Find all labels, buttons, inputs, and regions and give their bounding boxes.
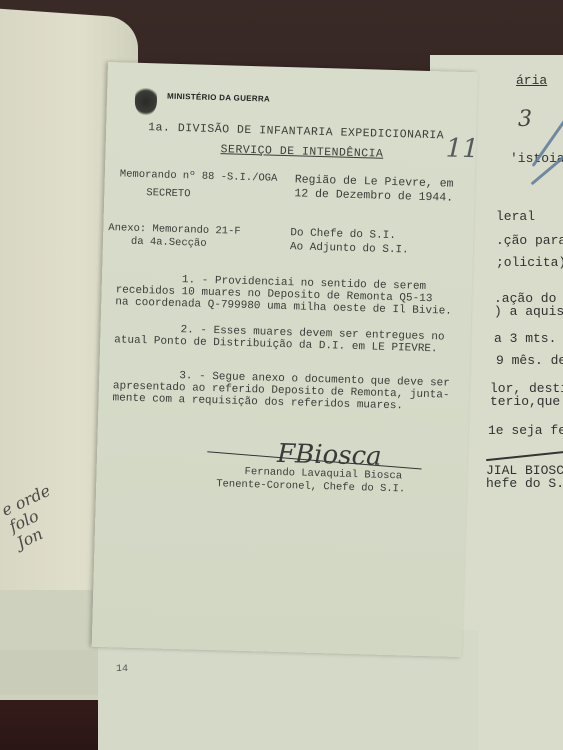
underlying-line: 9 mês. de bbox=[496, 353, 563, 368]
memo-number: Memorando nº 88 -S.I./OGA bbox=[120, 168, 278, 184]
memo-page: MINISTÉRIO DA GUERRA 1a. DIVISÃO DE INFA… bbox=[92, 62, 478, 657]
underlying-line: ;olicita) bbox=[496, 255, 563, 270]
annex-line: da 4a.Secção bbox=[131, 236, 207, 250]
coat-of-arms-icon bbox=[135, 85, 158, 116]
underlying-handwritten-number: 3 bbox=[518, 107, 532, 132]
page-number: 14 bbox=[116, 664, 128, 675]
underlying-line: a 3 mts. bbox=[494, 331, 556, 346]
underlying-signer-title: hefe do S.I bbox=[486, 476, 563, 491]
division-title: 1a. DIVISÃO DE INFANTARIA EXPEDICIONARIA bbox=[148, 121, 444, 142]
underlying-line: terio,que bbox=[490, 394, 560, 409]
underlying-line: ) a aquis bbox=[494, 304, 563, 319]
handwritten-mark: 11 bbox=[445, 133, 479, 164]
underlying-line: ária bbox=[516, 73, 547, 88]
to-line: Ao Adjunto do S.I. bbox=[290, 241, 409, 256]
underlying-signature-line bbox=[486, 451, 563, 461]
underlying-line: leral bbox=[496, 209, 535, 224]
annex-line: Anexo: Memorando 21-F bbox=[108, 222, 241, 238]
service-title: SERVIÇO DE INTENDÊNCIA bbox=[220, 143, 383, 161]
left-page-fold bbox=[0, 650, 100, 695]
classification: SECRETO bbox=[146, 187, 190, 200]
underlying-line: .ção para bbox=[496, 233, 563, 248]
from-line: Do Chefe do S.I. bbox=[290, 227, 396, 242]
ministry-header: MINISTÉRIO DA GUERRA bbox=[167, 92, 270, 104]
underlying-line: 1e seja fe bbox=[488, 423, 563, 438]
